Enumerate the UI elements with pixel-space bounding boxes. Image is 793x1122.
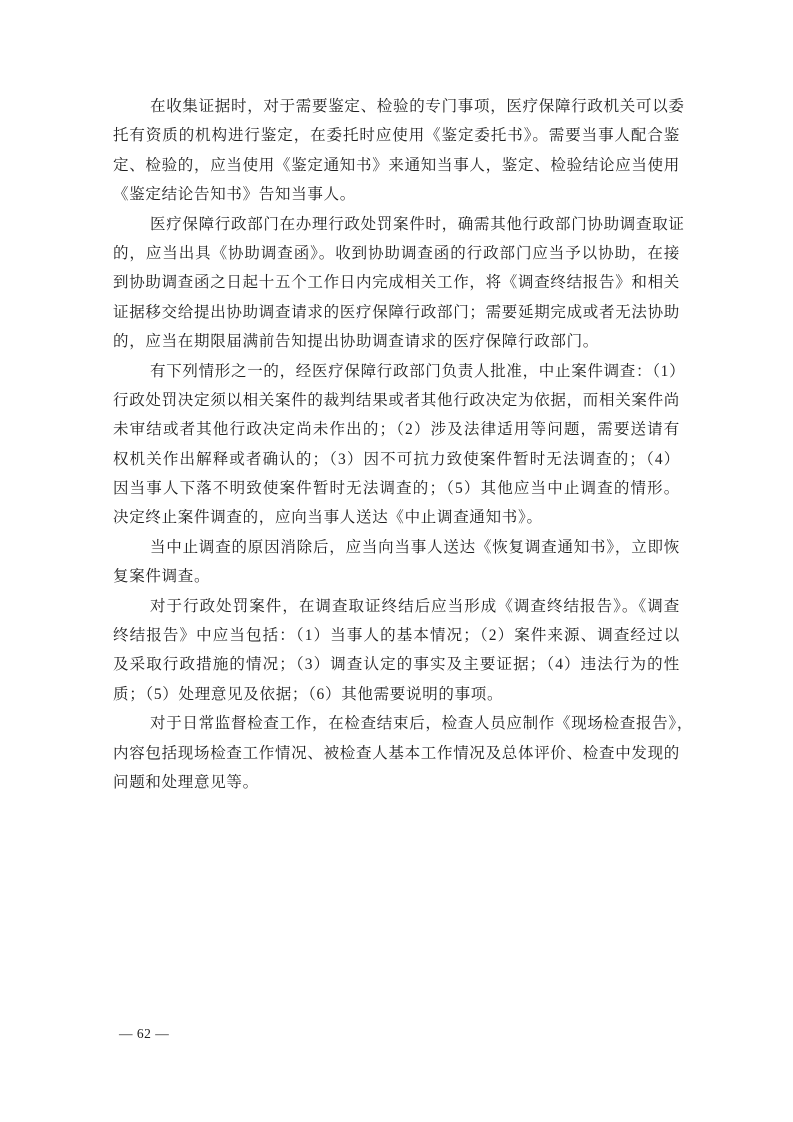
paragraph: 在收集证据时，对于需要鉴定、检验的专门事项，医疗保障行政机关可以委托有资质的机构… <box>113 92 680 210</box>
text-line: 问题和处理意见等。 <box>113 768 680 797</box>
paragraph: 医疗保障行政部门在办理行政处罚案件时，确需其他行政部门协助调查取证的，应当出具《… <box>113 210 680 357</box>
text-line: 因当事人下落不明致使案件暂时无法调查的；（5）其他应当中止调查的情形。 <box>113 474 680 503</box>
text-line: 复案件调查。 <box>113 562 680 591</box>
page-number: — 62 — <box>119 1026 169 1041</box>
text-line: 对于日常监督检查工作，在检查结束后，检查人员应制作《现场检查报告》， <box>113 709 680 738</box>
text-line: 对于行政处罚案件，在调查取证终结后应当形成《调查终结报告》。《调查 <box>113 592 680 621</box>
paragraph: 对于日常监督检查工作，在检查结束后，检查人员应制作《现场检查报告》，内容包括现场… <box>113 709 680 797</box>
text-line: 定、检验的，应当使用《鉴定通知书》来通知当事人，鉴定、检验结论应当使用 <box>113 151 680 180</box>
text-line: 医疗保障行政部门在办理行政处罚案件时，确需其他行政部门协助调查取证 <box>113 210 680 239</box>
document-page: 在收集证据时，对于需要鉴定、检验的专门事项，医疗保障行政机关可以委托有资质的机构… <box>0 0 793 1122</box>
page-footer: — 62 — <box>119 1026 169 1042</box>
text-line: 有下列情形之一的，经医疗保障行政部门负责人批准，中止案件调查：（1） <box>113 357 680 386</box>
text-line: 到协助调查函之日起十五个工作日内完成相关工作，将《调查终结报告》和相关 <box>113 268 680 297</box>
text-line: 在收集证据时，对于需要鉴定、检验的专门事项，医疗保障行政机关可以委 <box>113 92 680 121</box>
text-line: 终结报告》中应当包括：（1）当事人的基本情况；（2）案件来源、调查经过以 <box>113 621 680 650</box>
text-line: 证据移交给提出协助调查请求的医疗保障行政部门；需要延期完成或者无法协助 <box>113 298 680 327</box>
text-line: 行政处罚决定须以相关案件的裁判结果或者其他行政决定为依据，而相关案件尚 <box>113 386 680 415</box>
text-line: 内容包括现场检查工作情况、被检查人基本工作情况及总体评价、检查中发现的 <box>113 739 680 768</box>
text-line: 托有资质的机构进行鉴定，在委托时应使用《鉴定委托书》。需要当事人配合鉴 <box>113 121 680 150</box>
text-line: 《鉴定结论告知书》告知当事人。 <box>113 180 680 209</box>
paragraph: 对于行政处罚案件，在调查取证终结后应当形成《调查终结报告》。《调查终结报告》中应… <box>113 592 680 710</box>
text-line: 的，应当在期限届满前告知提出协助调查请求的医疗保障行政部门。 <box>113 327 680 356</box>
text-line: 未审结或者其他行政决定尚未作出的；（2）涉及法律适用等问题，需要送请有 <box>113 415 680 444</box>
text-line: 的，应当出具《协助调查函》。收到协助调查函的行政部门应当予以协助，在接 <box>113 239 680 268</box>
body-text: 在收集证据时，对于需要鉴定、检验的专门事项，医疗保障行政机关可以委托有资质的机构… <box>113 92 680 797</box>
text-line: 决定终止案件调查的，应向当事人送达《中止调查通知书》。 <box>113 503 680 532</box>
text-line: 质；（5）处理意见及依据；（6）其他需要说明的事项。 <box>113 680 680 709</box>
paragraph: 有下列情形之一的，经医疗保障行政部门负责人批准，中止案件调查：（1）行政处罚决定… <box>113 357 680 533</box>
text-line: 当中止调查的原因消除后，应当向当事人送达《恢复调查通知书》，立即恢 <box>113 533 680 562</box>
paragraph: 当中止调查的原因消除后，应当向当事人送达《恢复调查通知书》，立即恢复案件调查。 <box>113 533 680 592</box>
text-line: 及采取行政措施的情况；（3）调查认定的事实及主要证据；（4）违法行为的性 <box>113 650 680 679</box>
text-line: 权机关作出解释或者确认的；（3）因不可抗力致使案件暂时无法调查的；（4） <box>113 445 680 474</box>
